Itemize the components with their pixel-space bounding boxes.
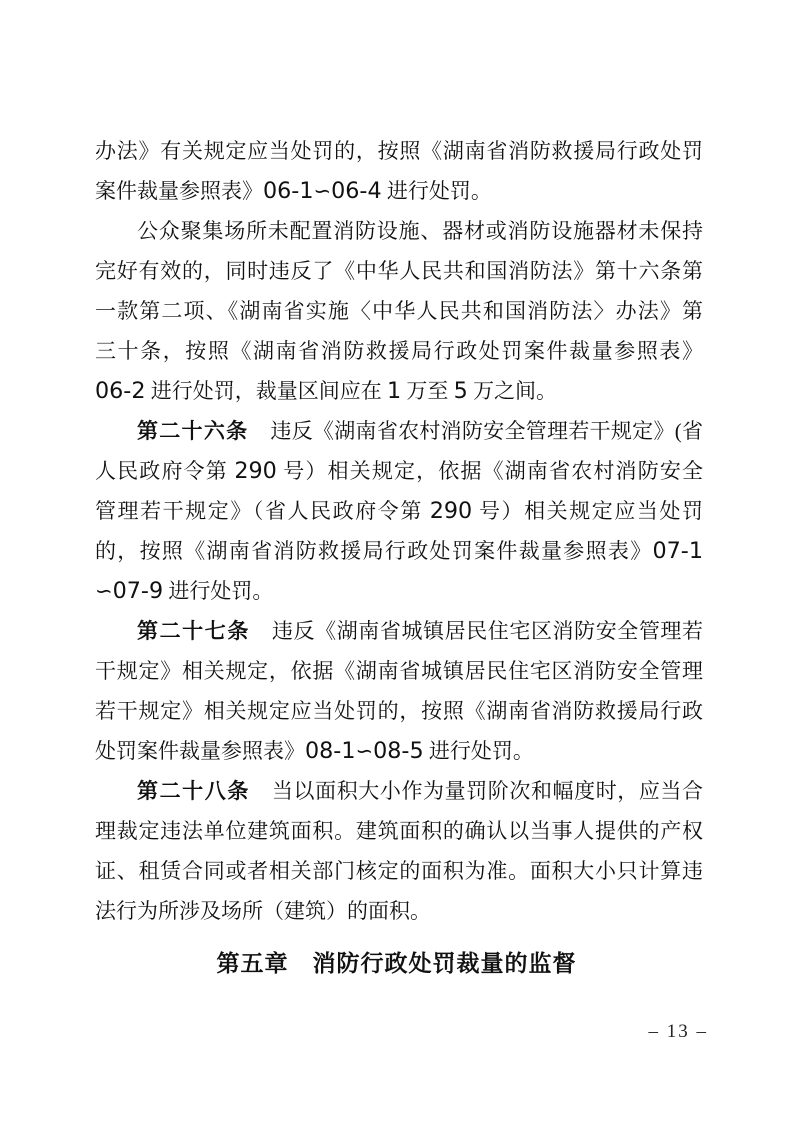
line-text: 干规定》相关规定，依据《湖南省城镇居民住宅区消防安全管理 [95, 659, 703, 683]
numeric-text: 290 [234, 458, 276, 484]
line-text: 一款第二项、《湖南省实施〈中华人民共和国消防法〉办法》第 [95, 299, 703, 323]
numeric-text: 06-4 [331, 178, 382, 204]
text-line: 人民政府令第 290 号）相关规定，依据《湖南省农村消防安全 [95, 451, 703, 491]
numeric-text: 07-9 [113, 578, 164, 604]
numeric-text: 08-5 [373, 738, 424, 764]
text-line: 办法》有关规定应当处罚的，按照《湖南省消防救援局行政处罚 [95, 131, 703, 171]
line-text: 公众聚集场所未配置消防设施、器材或消防设施器材未保持 [137, 219, 703, 243]
line-text: 理裁定违法单位建筑面积。建筑面积的确认以当事人提供的产权 [95, 819, 703, 843]
line-text: ∽07-9 进行处罚。 [95, 579, 273, 603]
line-text: 当以面积大小作为量罚阶次和幅度时，应当合 [272, 779, 703, 803]
chapter-heading: 第五章 消防行政处罚裁量的监督 [0, 944, 793, 984]
text-line: 法行为所涉及场所（建筑）的面积。 [95, 891, 703, 931]
text-line: 管理若干规定》（省人民政府令第 290 号）相关规定应当处罚 [95, 491, 703, 531]
text-line: 06-2 进行处罚，裁量区间应在 1 万至 5 万之间。 [95, 371, 703, 411]
page-number: – 13 – [649, 1021, 709, 1043]
line-text: 证、租赁合同或者相关部门核定的面积为准。面积大小只计算违 [95, 859, 703, 883]
article-number: 第二十七条 [137, 619, 250, 643]
line-text: 管理若干规定》（省人民政府令第 290 号）相关规定应当处罚 [95, 499, 703, 523]
numeric-text: 08-1 [305, 738, 356, 764]
text-line: 案件裁量参照表》06-1∽06-4 进行处罚。 [95, 171, 703, 211]
line-text: 完好有效的，同时违反了《中华人民共和国消防法》第十六条第 [95, 259, 703, 283]
line-text: 06-2 进行处罚，裁量区间应在 1 万至 5 万之间。 [95, 379, 557, 403]
numeric-text: 07-1 [653, 538, 704, 564]
text-line: 三十条，按照《湖南省消防救援局行政处罚案件裁量参照表》 [95, 331, 703, 371]
text-line: 干规定》相关规定，依据《湖南省城镇居民住宅区消防安全管理 [95, 651, 703, 691]
article-number: 第二十六条 [137, 419, 248, 443]
text-line: 若干规定》相关规定应当处罚的，按照《湖南省消防救援局行政 [95, 691, 703, 731]
document-page: 办法》有关规定应当处罚的，按照《湖南省消防救援局行政处罚案件裁量参照表》06-1… [0, 0, 793, 1122]
text-line: 理裁定违法单位建筑面积。建筑面积的确认以当事人提供的产权 [95, 811, 703, 851]
line-text: 违反《湖南省城镇居民住宅区消防安全管理若 [272, 619, 703, 643]
numeric-text: 5 [454, 378, 468, 404]
text-line: 处罚案件裁量参照表》08-1∽08-5 进行处罚。 [95, 731, 703, 771]
text-line: 的，按照《湖南省消防救援局行政处罚案件裁量参照表》07-1 [95, 531, 703, 571]
text-line: 证、租赁合同或者相关部门核定的面积为准。面积大小只计算违 [95, 851, 703, 891]
numeric-text: 06-1 [263, 178, 314, 204]
line-text: 人民政府令第 290 号）相关规定，依据《湖南省农村消防安全 [95, 459, 703, 483]
line-text: 若干规定》相关规定应当处罚的，按照《湖南省消防救援局行政 [95, 699, 703, 723]
text-line: 完好有效的，同时违反了《中华人民共和国消防法》第十六条第 [95, 251, 703, 291]
text-line: 第二十八条当以面积大小作为量罚阶次和幅度时，应当合 [95, 771, 703, 811]
text-line: 公众聚集场所未配置消防设施、器材或消防设施器材未保持 [95, 211, 703, 251]
line-text: 案件裁量参照表》06-1∽06-4 进行处罚。 [95, 179, 492, 203]
text-line: 第二十七条违反《湖南省城镇居民住宅区消防安全管理若 [95, 611, 703, 651]
text-line: 一款第二项、《湖南省实施〈中华人民共和国消防法〉办法》第 [95, 291, 703, 331]
text-line: 第二十六条违反《湖南省农村消防安全管理若干规定》(省 [95, 411, 703, 451]
line-text: 三十条，按照《湖南省消防救援局行政处罚案件裁量参照表》 [95, 339, 703, 363]
line-text: 的，按照《湖南省消防救援局行政处罚案件裁量参照表》07-1 [95, 539, 703, 563]
text-block: 办法》有关规定应当处罚的，按照《湖南省消防救援局行政处罚案件裁量参照表》06-1… [95, 131, 703, 931]
line-text: 违反《湖南省农村消防安全管理若干规定》(省 [270, 419, 703, 443]
numeric-text: 290 [430, 498, 472, 524]
text-line: ∽07-9 进行处罚。 [95, 571, 703, 611]
line-text: 法行为所涉及场所（建筑）的面积。 [95, 899, 431, 923]
line-text: 处罚案件裁量参照表》08-1∽08-5 进行处罚。 [95, 739, 534, 763]
line-text: 办法》有关规定应当处罚的，按照《湖南省消防救援局行政处罚 [95, 139, 703, 163]
numeric-text: 06-2 [95, 378, 146, 404]
numeric-text: 1 [387, 378, 401, 404]
article-number: 第二十八条 [137, 779, 250, 803]
